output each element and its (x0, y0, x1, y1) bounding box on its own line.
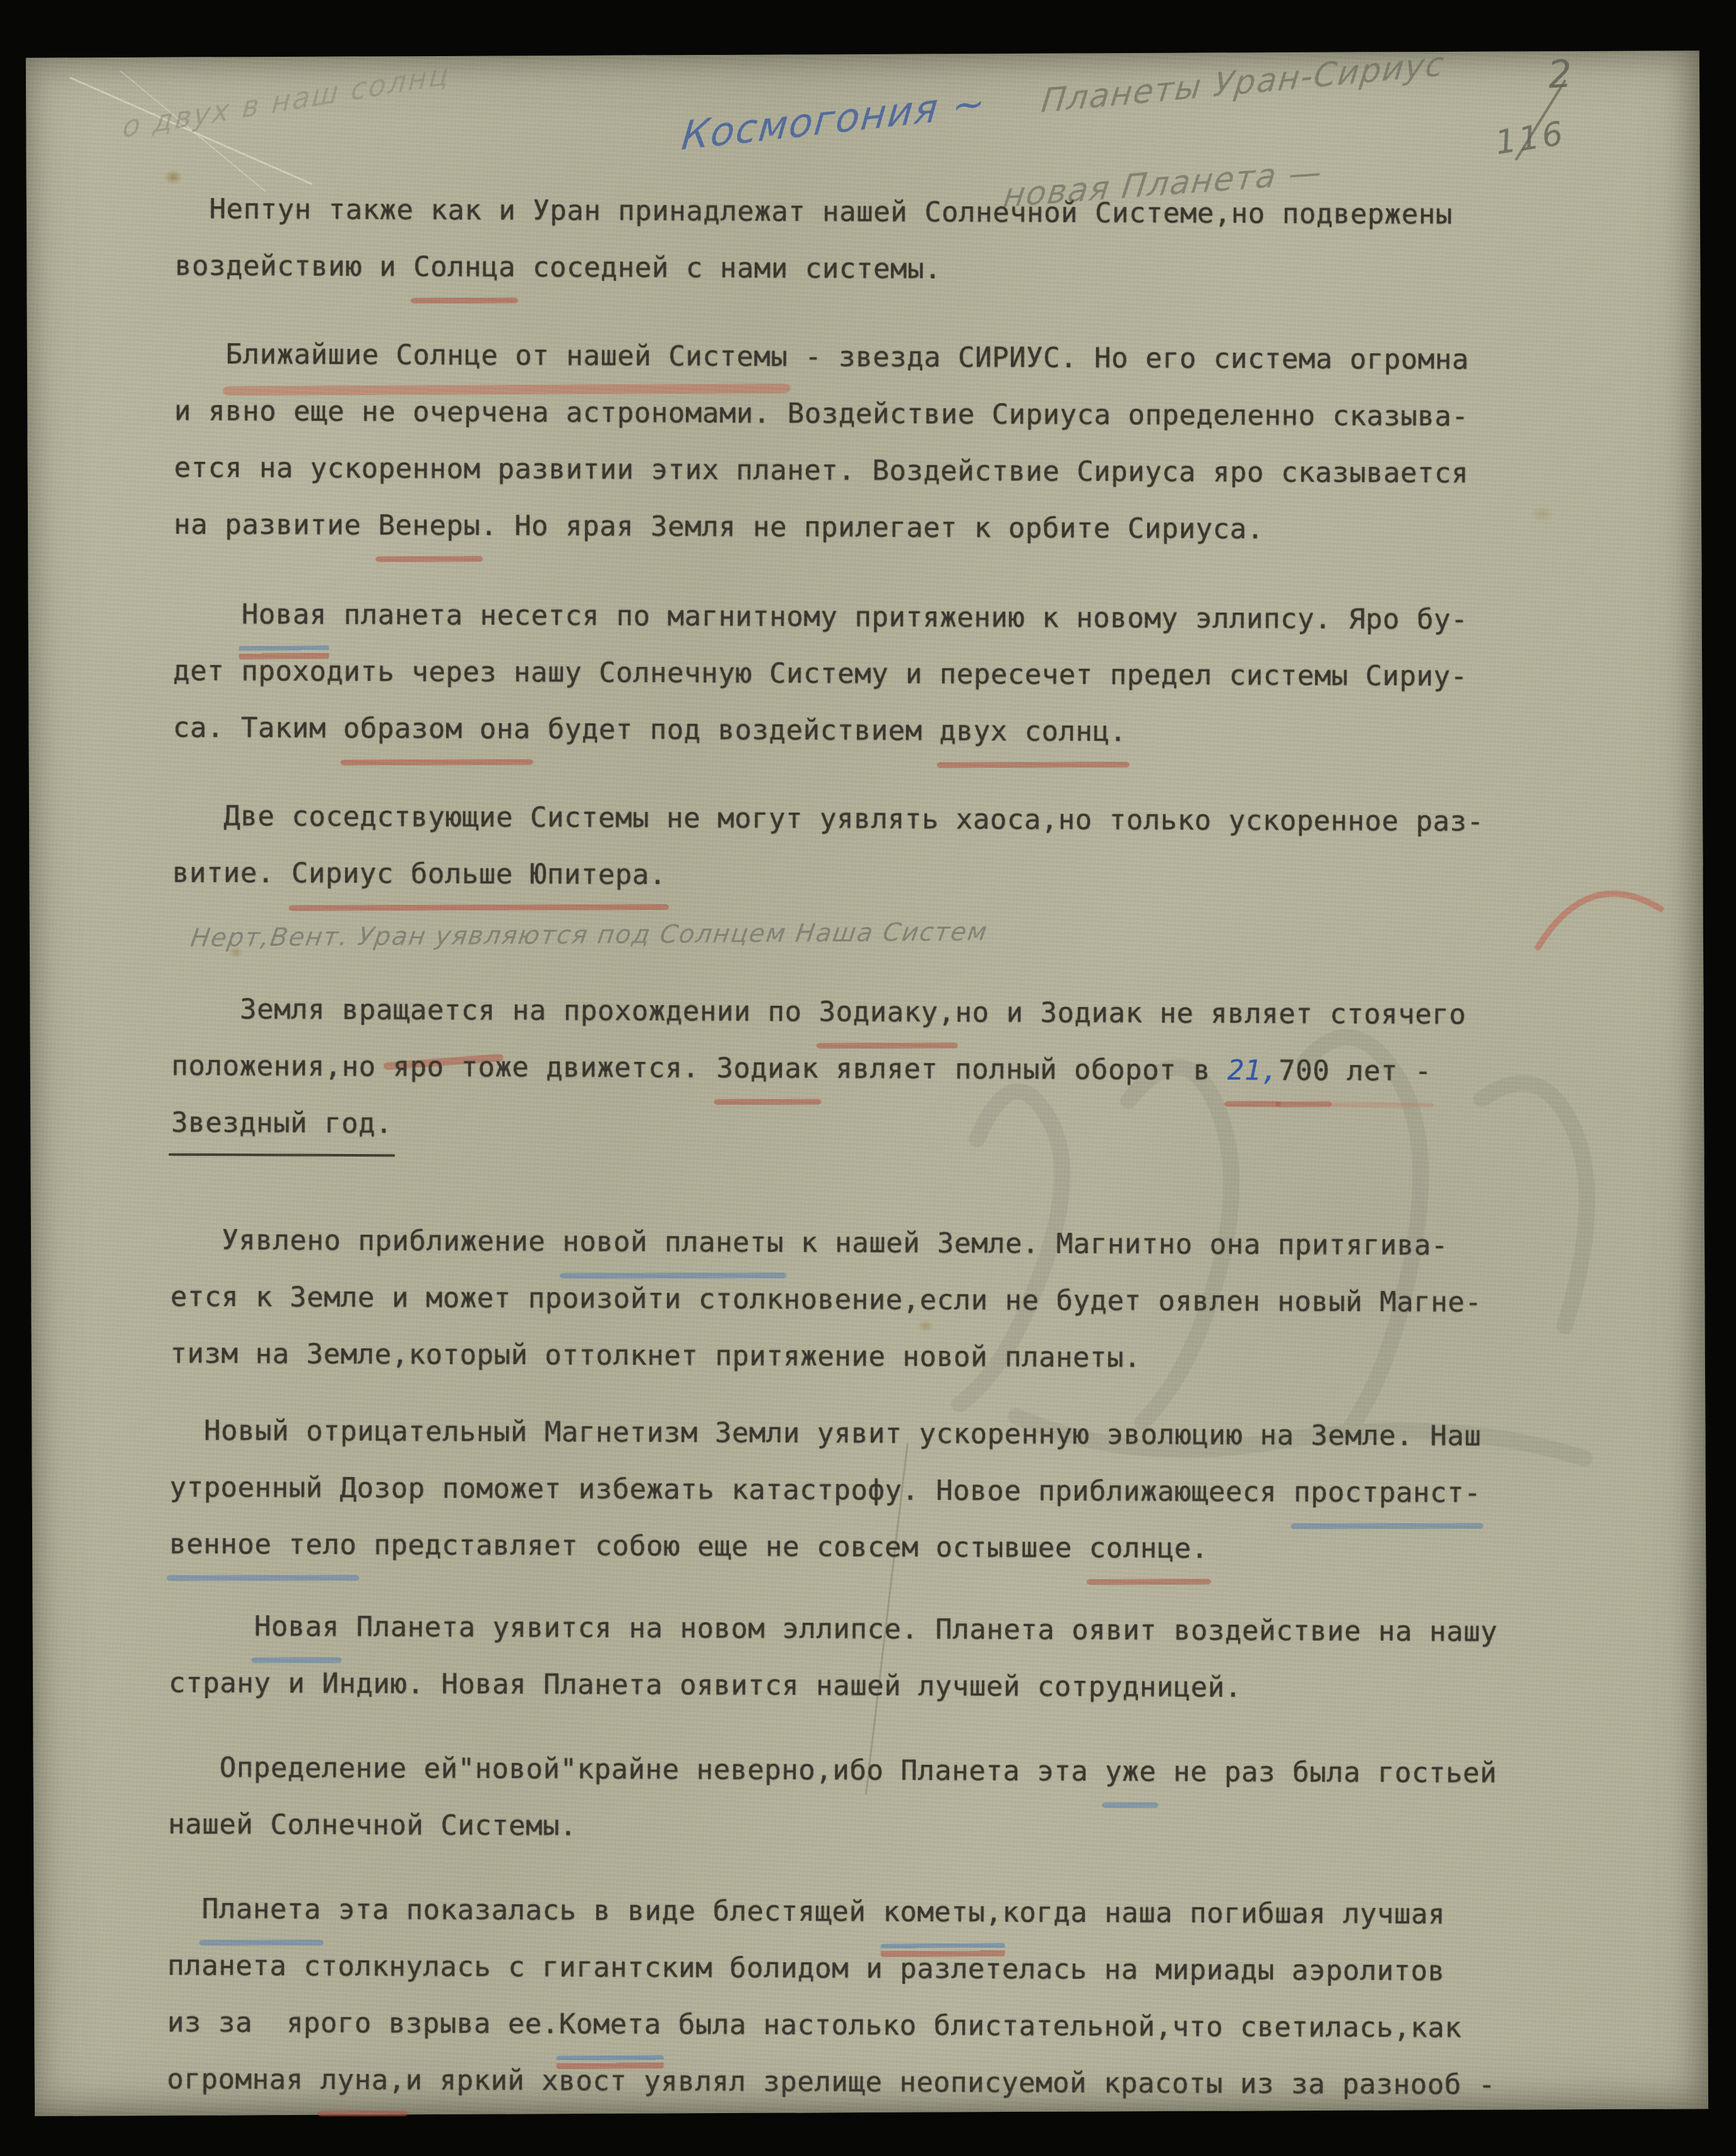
text-segment: планета несется по магнитному притяжению… (327, 599, 1468, 636)
text-segment: была настолько блистательной,что светила… (661, 2008, 1462, 2044)
text-segment: являет полный оборот в (818, 1052, 1227, 1087)
typed-paragraph: Уявлено приближение новой планеты к наше… (170, 1212, 1641, 1389)
text-line: нашей Солнечной Системы. (168, 1796, 1638, 1859)
paper-sheet: о двух в наш солнц Космогония ~ Планеты … (26, 50, 1708, 2116)
text-segment (174, 598, 242, 630)
text-segment: Нерт,Вент. (189, 922, 360, 953)
typed-paragraph: Новый отрицательный Магнетизм Земли уяви… (169, 1403, 1640, 1579)
underlined-text: Сириус больше Юпитера. (292, 845, 666, 904)
text-segment: положения,но яро тоже движется. (172, 1050, 717, 1085)
scanned-document-page: о двух в наш солнц Космогония ~ Планеты … (0, 0, 1736, 2156)
text-segment: эта показалась в виде блестящей (321, 1894, 883, 1928)
text-segment: на развитие (174, 509, 378, 541)
text-line: Нептун также как и Уран принадлежат наше… (175, 181, 1645, 244)
underlined-text: Новая (254, 1598, 340, 1656)
text-segment: огромная (167, 2063, 321, 2096)
underlined-text: солнце. (1089, 1520, 1208, 1577)
text-line: и явно еще не очерчена астрономами. Возд… (174, 383, 1644, 446)
handwritten-note-topleft: о двух в наш солнц (121, 56, 451, 144)
underlined-text: образом она (343, 700, 531, 758)
text-segment: но и Зодиак не являет стоячего (955, 996, 1466, 1031)
text-segment (169, 1610, 254, 1643)
underlined-text: кометы, (883, 1884, 1002, 1941)
text-segment: нашей Солнечной Системы. (168, 1808, 577, 1842)
typed-paragraph: Земля вращается на прохождении по Зодиак… (171, 981, 1642, 1158)
text-segment: и явно еще не очерчена астрономами. Возд… (174, 395, 1468, 433)
underlined-text: 700 (1278, 1042, 1330, 1099)
typed-paragraph: Нептун также как и Уран принадлежат наше… (175, 181, 1646, 301)
text-segment: утроенный Дозор поможет избежать катастр… (170, 1471, 1294, 1509)
text-segment: дет проходить через нашу Солнечную Систе… (173, 655, 1467, 693)
underlined-text: уже (1105, 1743, 1156, 1800)
text-line: воздействию и Солнца соседней с нами сис… (175, 238, 1645, 301)
text-segment: ется к Земле и может произойти столкнове… (170, 1281, 1482, 1319)
underlined-text: Новая (242, 586, 327, 644)
text-segment: уявляются под Солнцем Наша Систем (424, 917, 990, 951)
text-segment: Земля вращается на прохождении по (172, 993, 819, 1028)
underlined-text: Солнца (413, 239, 516, 296)
text-segment: Нептун также как и Уран принадлежат наше… (175, 193, 1452, 231)
text-line: Новый отрицательный Магнетизм Земли уяви… (170, 1403, 1640, 1466)
text-line: Нерт,Вент. Уран уявляются под Солнцем На… (187, 900, 1643, 965)
text-segment: - звезда СИРИУС. Но его система огромна (788, 341, 1469, 376)
underlined-text: луна, (320, 2052, 405, 2109)
text-segment: из за ярого взрыва ее. (167, 2006, 559, 2041)
text-line: Ближайшие Солнце от нашей Системы - звез… (174, 326, 1644, 389)
underlined-text: пространст- (1294, 1464, 1481, 1522)
text-line: са. Таким образом она будет под воздейст… (173, 700, 1643, 763)
underlined-text: Звездный год. (171, 1095, 393, 1153)
underlined-text: двух солнц. (939, 703, 1126, 760)
underlined-text: Венеры (378, 497, 480, 555)
text-line: страну и Индию. Новая Планета оявится на… (168, 1655, 1639, 1718)
handwritten-title-ink: Космогония ~ (680, 79, 989, 159)
text-segment: когда наша погибшая лучшая (1002, 1897, 1445, 1931)
text-segment: соседней с нами системы. (516, 251, 942, 285)
text-segment: страну и Индию. Новая Планета оявится на… (168, 1667, 1242, 1704)
text-segment: не раз была гостьей (1156, 1756, 1497, 1789)
typed-paragraph: Две соседствующие Системы не могут уявля… (172, 788, 1643, 908)
text-line: утроенный Дозор поможет избежать катастр… (170, 1459, 1640, 1523)
text-line: Земля вращается на прохождении по Зодиак… (172, 981, 1642, 1044)
text-line: ется на ускоренном развитии этих планет.… (174, 440, 1644, 503)
text-segment: витие. (172, 857, 292, 890)
handwritten-interline-note: Нерт,Вент. Уран уявляются под Солнцем На… (187, 900, 1643, 965)
paper-crease (120, 70, 266, 192)
text-segment: Уран (356, 922, 428, 951)
typed-text-body: Нептун также как и Уран принадлежат наше… (167, 181, 1645, 2114)
underlined-text: Планета (202, 1881, 321, 1938)
text-line: Две соседствующие Системы не могут уявля… (172, 788, 1643, 851)
typed-paragraph: Планета эта показалась в виде блестящей … (167, 1881, 1638, 2114)
text-line: Новая Планета уявится на новом эллипсе. … (169, 1598, 1639, 1661)
text-line: венное тело представляет собою еще не со… (169, 1516, 1639, 1579)
underlined-text: новой планеты (562, 1213, 784, 1271)
text-segment: Новый отрицательный Магнетизм Земли уяви… (170, 1415, 1481, 1452)
text-line: планета столкнулась с гигантским болидом… (167, 1938, 1638, 2001)
underlined-text: венное тело (169, 1516, 357, 1574)
text-line: Звездный год. (171, 1095, 1641, 1158)
underlined-text: 21, (1227, 1042, 1278, 1099)
underlined-text: Зодиаку, (818, 984, 955, 1041)
text-segment: Уявлено приближение (170, 1224, 562, 1258)
text-line: Определение ей"новой"крайне неверно,ибо … (168, 1740, 1639, 1803)
text-line: на развитие Венеры. Но ярая Земля не при… (174, 497, 1644, 560)
text-line: дет проходить через нашу Солнечную Систе… (173, 643, 1643, 706)
text-line: ется к Земле и может произойти столкнове… (170, 1269, 1641, 1332)
text-segment: . Но ярая Земля не прилегает к орбите Си… (480, 510, 1264, 545)
typed-paragraph: Новая планета несется по магнитному прит… (173, 586, 1644, 763)
text-line: положения,но яро тоже движется. Зодиак я… (171, 1038, 1641, 1101)
text-segment (174, 338, 225, 370)
underlined-text: лет - (1330, 1043, 1432, 1100)
text-segment: тизм на Земле,который оттолкнет притяжен… (170, 1338, 1142, 1374)
paper-crease (69, 76, 313, 185)
typed-paragraph: Определение ей"новой"крайне неверно,ибо … (168, 1740, 1639, 1859)
text-segment: воздействию и (175, 250, 413, 283)
text-line: из за ярого взрыва ее.Комета была настол… (167, 1994, 1638, 2058)
text-line: огромная луна,и яркий хвост уявлял зрели… (167, 2051, 1637, 2114)
typed-paragraph: Ближайшие Солнце от нашей Системы - звез… (174, 326, 1645, 560)
handwritten-title-pencil-line1: Планеты Уран-Сириус (1039, 45, 1447, 121)
text-segment: представляет собою еще не совсем остывше… (357, 1529, 1089, 1564)
text-segment: Определение ей"новой"крайне неверно,ибо … (168, 1752, 1106, 1788)
underlined-text: Комета (559, 1996, 661, 2053)
text-line: Уявлено приближение новой планеты к наше… (170, 1212, 1641, 1275)
text-segment (168, 1893, 202, 1925)
text-segment: к нашей Земле. Магнитно она притягива- (784, 1227, 1448, 1262)
text-line: витие. Сириус больше Юпитера. (172, 845, 1643, 908)
text-line: Планета эта показалась в виде блестящей … (168, 1881, 1638, 1944)
text-segment: са. Таким (173, 712, 343, 745)
underlined-text: Зодиак (716, 1040, 818, 1098)
text-segment: планета столкнулась с гигантским болидом… (167, 1950, 1444, 1988)
text-segment: и яркий хвост уявлял зрелище неописуемой… (405, 2064, 1496, 2101)
text-segment: Планета уявится на новом эллипсе. Планет… (340, 1611, 1498, 1648)
text-line: Новая планета несется по магнитному прит… (174, 586, 1644, 649)
typed-paragraph: Новая Планета уявится на новом эллипсе. … (168, 1598, 1639, 1718)
underlined-text: Ближайшие Солнце от нашей Системы (225, 326, 788, 386)
text-line: тизм на Земле,который оттолкнет притяжен… (170, 1326, 1640, 1389)
page-number-secondary: 116 (1493, 115, 1568, 162)
text-segment: будет под воздействием (531, 713, 940, 747)
text-segment: ется на ускоренном развитии этих планет.… (174, 452, 1468, 490)
text-segment: Две соседствующие Системы не могут уявля… (172, 800, 1484, 838)
